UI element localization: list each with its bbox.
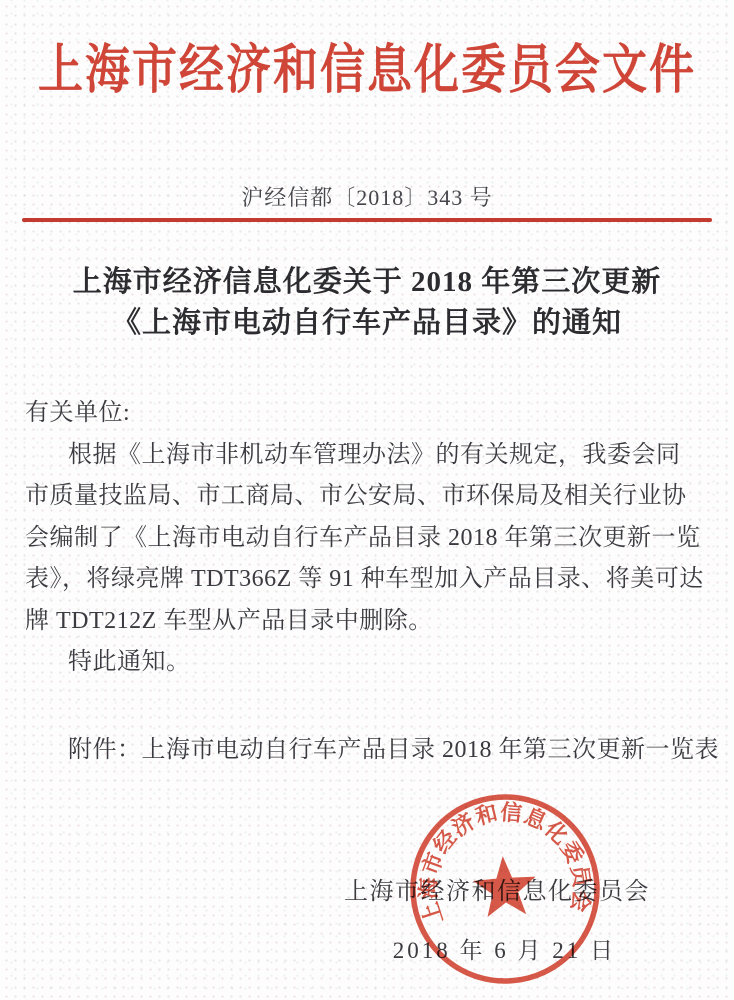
document-number: 沪经信都〔2018〕343 号 <box>0 181 734 212</box>
notice-title-line2: 《上海市电动自行车产品目录》的通知 <box>0 303 734 344</box>
salutation-line: 有关单位: <box>25 393 715 435</box>
body-line: 市质量技监局、市工商局、市公安局、市环保局及相关行业协 <box>25 476 715 518</box>
notice-title-line1: 上海市经济信息化委关于 2018 年第三次更新 <box>0 262 734 303</box>
body-line: 根据《上海市非机动车管理办法》的有关规定，我委会同 <box>25 435 715 477</box>
body-line: 会编制了《上海市电动自行车产品目录 2018 年第三次更新一览 <box>25 518 715 560</box>
attachment-line: 附件：上海市电动自行车产品目录 2018 年第三次更新一览表 <box>25 729 719 764</box>
notice-body: 有关单位: 根据《上海市非机动车管理办法》的有关规定，我委会同 市质量技监局、市… <box>25 393 715 684</box>
red-divider-line <box>22 218 712 222</box>
closing-line: 特此通知。 <box>25 642 715 684</box>
document-page: 上海市经济和信息化委员会文件 沪经信都〔2018〕343 号 上海市经济信息化委… <box>0 0 734 1000</box>
notice-title: 上海市经济信息化委关于 2018 年第三次更新 《上海市电动自行车产品目录》的通… <box>0 262 734 344</box>
body-line: 表》，将绿亮牌 TDT366Z 等 91 种车型加入产品目录、将美可达 <box>25 559 715 601</box>
seal-star-icon <box>471 854 538 918</box>
body-line: 牌 TDT212Z 车型从产品目录中删除。 <box>25 601 715 643</box>
official-seal: 上海市经济和信息化委员会 <box>398 782 611 995</box>
letterhead-banner-title: 上海市经济和信息化委员会文件 <box>0 26 734 103</box>
